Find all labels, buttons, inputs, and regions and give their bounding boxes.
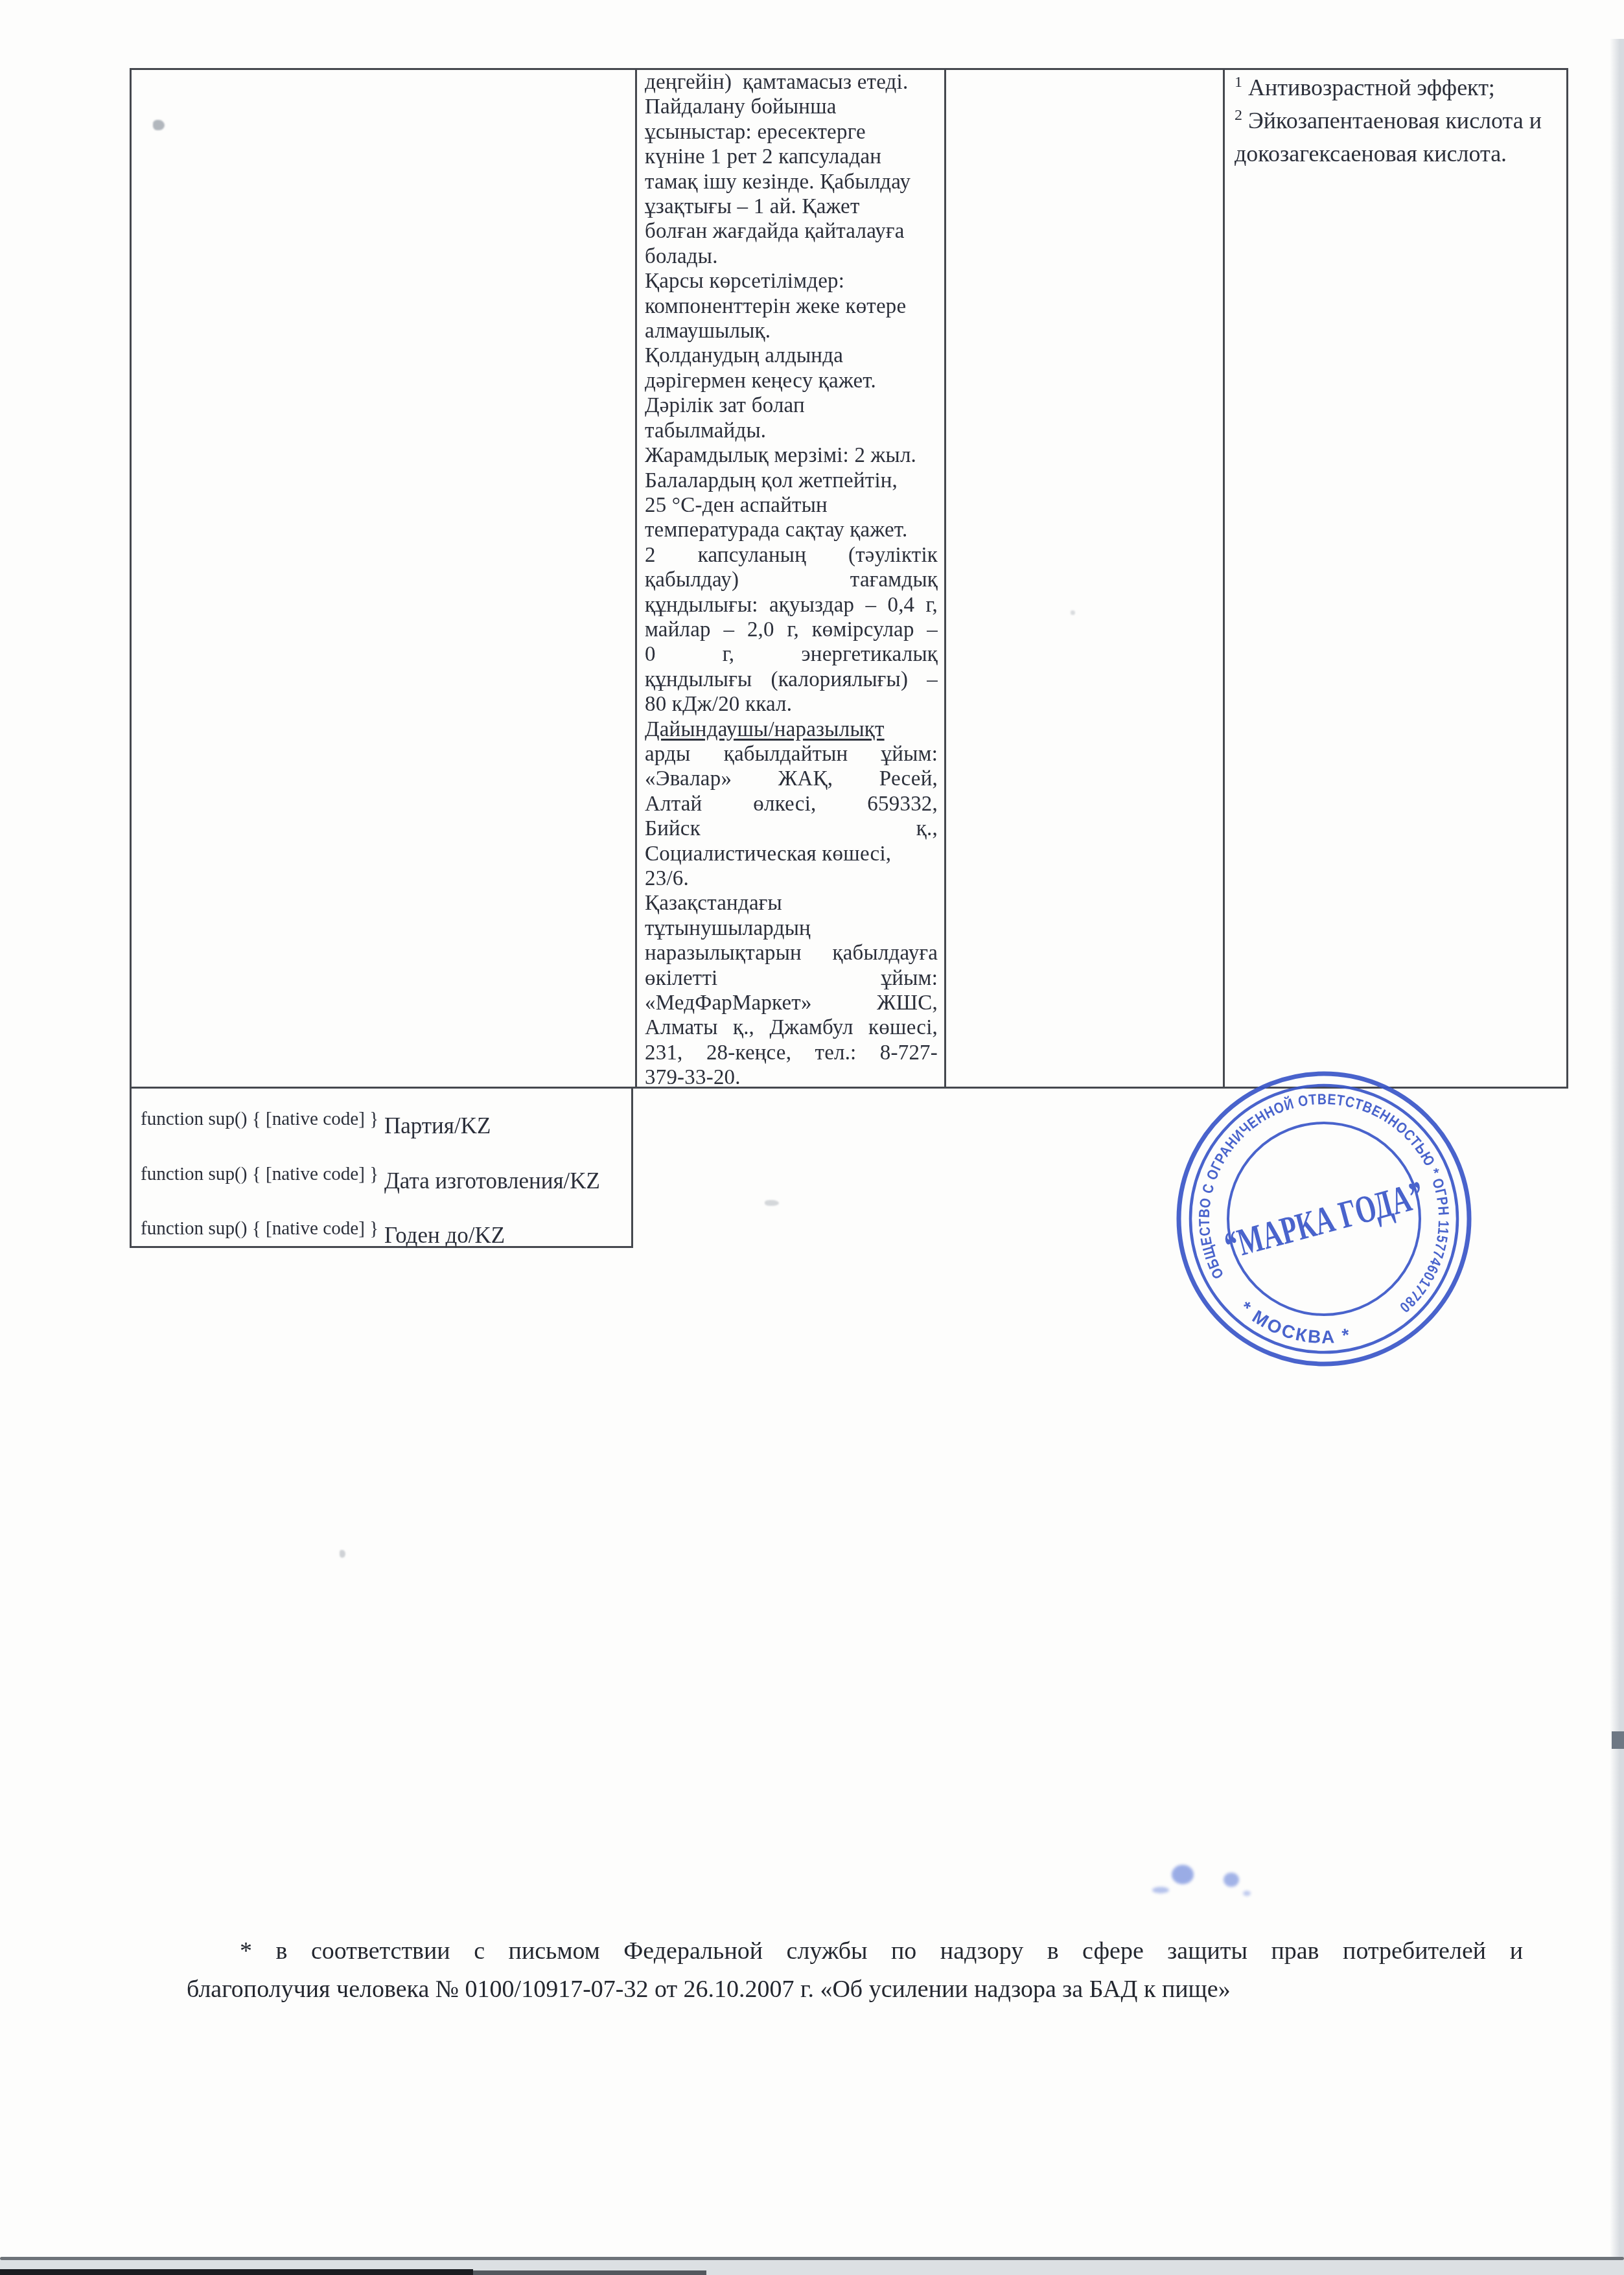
kz-text-line: ұзақтығы – 1 ай. Қажет — [645, 194, 938, 219]
kz-text-line: табылмайды. — [645, 419, 938, 443]
scan-speck-mid — [765, 1200, 779, 1206]
kz-text-line: тамақ ішу кезінде. Қабылдау — [645, 170, 938, 194]
kz-text-line: дәрігермен кеңесу қажет. — [645, 369, 938, 393]
kz-text-line: болған жағдайда қайталауға — [645, 219, 938, 244]
table-column-divider-2 — [944, 68, 946, 1089]
note-line: 2 Эйкозапентаеновая кислота и — [1235, 104, 1559, 137]
batch-label: function sup() { [native code] } Годен д… — [141, 1205, 631, 1260]
footnote-line-1: * в соответствии с письмом Федеральной с… — [187, 1932, 1523, 1970]
scan-speck-top-left — [153, 120, 165, 130]
kz-text-line: майлар – 2,0 г, көмірсулар – — [645, 618, 938, 642]
kz-text-line: Пайдалану бойынша — [645, 95, 938, 119]
kz-text-line: Бийск қ., — [645, 816, 938, 841]
scanned-document-page: { "page": { "colors": { "ink": "#2b2f3a"… — [0, 0, 1624, 2275]
kz-text-line: Алматы қ., Джамбул көшесі, — [645, 1015, 938, 1040]
kz-text-line: Дәрілік зат болап — [645, 393, 938, 418]
stamp: ОБЩЕСТВО С ОГРАНИЧЕННОЙ ОТВЕТСТВЕННОСТЬЮ… — [1172, 1067, 1476, 1371]
kz-text-line: Алтай өлкесі, 659332, — [645, 792, 938, 816]
notes-column: 1 Антивозрастной эффект;2 Эйкозапентаено… — [1235, 71, 1559, 170]
kz-text-line: ұсыныстар: ересектерге — [645, 120, 938, 144]
kz-text-line: 25 °С-ден аспайтын — [645, 493, 938, 518]
right-edge-mark — [1612, 1731, 1624, 1749]
kz-text-line: «Эвалар» ЖАҚ, Ресей, — [645, 767, 938, 791]
kz-text-line: құндылығы (калориялығы) – — [645, 667, 938, 692]
kz-text-line: күніне 1 рет 2 капсуладан — [645, 144, 938, 169]
scan-speck-left — [340, 1550, 345, 1558]
footnote-line-2: благополучия человека № 0100/10917-07-32… — [187, 1970, 1523, 2009]
blue-ink-smudge-4 — [1243, 1891, 1251, 1896]
scan-bottom-dark-bar — [0, 2269, 473, 2275]
note-line: 1 Антивозрастной эффект; — [1235, 71, 1559, 104]
scan-bottom-mid-bar — [473, 2270, 706, 2275]
kz-text-line: арды қабылдайтын ұйым: — [645, 742, 938, 767]
blue-ink-smudge-1 — [1172, 1865, 1194, 1884]
kz-text-line: қабылдау) тағамдық — [645, 568, 938, 592]
kz-text-line: деңгейін) қамтамасыз етеді. — [645, 70, 938, 95]
kz-text-line: Социалистическая көшесі, — [645, 842, 938, 866]
table-column-divider-3 — [1223, 68, 1225, 1089]
scan-speck-col3 — [1071, 610, 1075, 615]
batch-label: function sup() { [native code] } Партия/… — [141, 1095, 631, 1150]
kz-text-line: Жарамдылық мерзімі: 2 жыл. — [645, 443, 938, 468]
kz-text-line: 0 г, энергетикалық — [645, 642, 938, 667]
kz-text-line: болады. — [645, 244, 938, 269]
kz-text-line: «МедФарМаркет» ЖШС, — [645, 991, 938, 1015]
kz-text-line: наразылықтарын қабылдауға — [645, 941, 938, 965]
kz-text-line: температурада сақтау қажет. — [645, 518, 938, 542]
stamp-ring-text-bottom: * МОСКВА * — [1236, 1297, 1353, 1347]
kz-text-line: Балалардың қол жетпейтін, — [645, 468, 938, 493]
kz-text-line: Қазақстандағы — [645, 891, 938, 916]
blue-ink-smudge-3 — [1224, 1873, 1239, 1887]
batch-label: function sup() { [native code] } Дата из… — [141, 1150, 631, 1205]
kz-text-line: 379-33-20. — [645, 1065, 938, 1090]
kz-text-line: 80 кДж/20 ккал. — [645, 692, 938, 717]
batch-info-box: function sup() { [native code] } Партия/… — [130, 1089, 633, 1248]
kz-text-line: құндылығы: ақуыздар – 0,4 г, — [645, 593, 938, 618]
footnote: * в соответствии с письмом Федеральной с… — [187, 1932, 1523, 2009]
blue-ink-smudge-2 — [1152, 1887, 1169, 1893]
kz-text-line: тұтынушылардың — [645, 916, 938, 941]
kz-text-line: 231, 28-кеңсе, тел.: 8-727- — [645, 1041, 938, 1065]
kz-text-line: Қолданудың алдында — [645, 343, 938, 368]
kz-text-line: өкілетті ұйым: — [645, 966, 938, 991]
kz-text-column: деңгейін) қамтамасыз етеді.Пайдалану бой… — [637, 69, 944, 1091]
page-right-edge-shadow — [1610, 39, 1624, 2258]
kz-text-line: алмаушылық. — [645, 319, 938, 343]
kz-text-line: Қарсы көрсетілімдер: — [645, 269, 938, 294]
note-line: докозагексаеновая кислота. — [1235, 137, 1559, 170]
kz-text-line: 23/6. — [645, 866, 938, 891]
kz-text-line: компоненттерін жеке көтере — [645, 294, 938, 319]
kz-text-line: 2 капсуланың (тәуліктік — [645, 543, 938, 568]
kz-text-line: Дайындаушы/наразылықт — [645, 717, 938, 742]
stamp-center-text: “МАРКА ГОДА” — [1220, 1173, 1428, 1267]
